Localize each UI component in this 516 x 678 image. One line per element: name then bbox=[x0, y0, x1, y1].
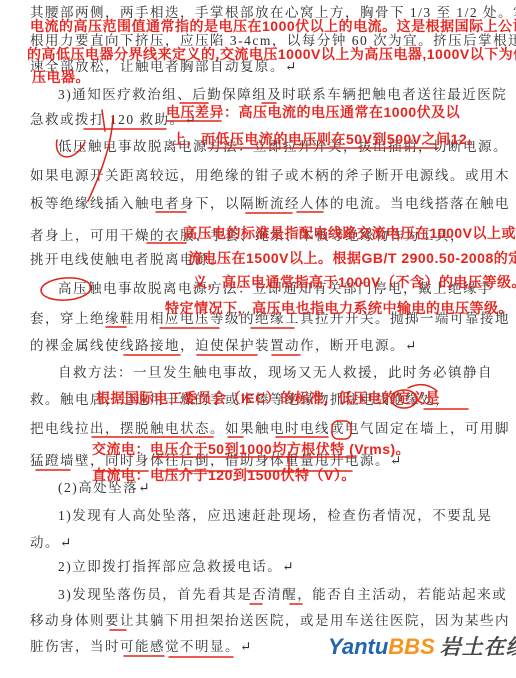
watermark-logo: YantuBBS岩土在线 bbox=[328, 631, 516, 661]
red-annotation-line: 交流电：电压介于50到1000均方根伏特 (Vrms)。 bbox=[92, 441, 410, 457]
document-page: 其腰部两侧，两手相迭，手掌根部放在心窝上方，胸骨下 1/3 至 1/2 处。掌 … bbox=[0, 0, 516, 678]
red-annotation-line: 的高低压电器分界线来定义的,交流电压1000V以上为高压电器,1000V以下为低 bbox=[27, 46, 516, 62]
red-annotation-line: 压电器。 bbox=[32, 69, 90, 85]
text-line: 如果电源开关距离较远，用绝缘的钳子或木柄的斧子断开电源线。或用木 bbox=[30, 168, 510, 184]
red-annotation-line: 电压差异：高压电流的电压通常在1000伏及以 bbox=[166, 104, 460, 120]
text-line: 1)发现有人高处坠落，应迅速赶赴现场，检查伤者情况，不要乱晃 bbox=[58, 508, 492, 524]
red-annotation-line: 电流的高压范围值通常指的是电压在1000伏以上的电流。这是根据国际上公认 bbox=[30, 18, 516, 34]
red-annotation-line: 特定情况下，高压电也指电力系统中输电的电压等级。 bbox=[165, 300, 513, 316]
watermark-chinese: 岩土在线 bbox=[440, 636, 516, 659]
text-line: 2)立即拨打指挥部应急救援电话。↵ bbox=[58, 559, 295, 575]
watermark-yantu: Yantu bbox=[328, 634, 388, 659]
text-line: 移动身体则要让其躺下用担架抬送医院，或是用车送往医院，因为某些内 bbox=[30, 613, 510, 629]
red-annotation-line: 直流电：电压介于120到1500伏特（V）。 bbox=[92, 467, 356, 483]
red-annotation-line: 根据国际电工委员会（IEC）的标准，低压电的定义是 bbox=[96, 390, 440, 406]
text-line: 3)发现坠落伤员，首先看其是否清醒，能否自主活动，若能站起来或 bbox=[58, 587, 507, 603]
watermark-bbs: BBS bbox=[388, 634, 434, 659]
red-annotation-line: 上，而低压电流的电压则在50V到500V之间12。 bbox=[172, 131, 482, 147]
text-line: 板等绝缘线插入触电者身下，以隔断流经人体的电流。当电线搭落在触电 bbox=[30, 196, 510, 212]
text-line: 自救方法：一旦发生触电事故，现场又无人救援，此时务必镇静自 bbox=[58, 365, 493, 381]
red-annotation-line: 高压电的标准是指配电线路交流电压在1000V以上或直 bbox=[183, 225, 516, 241]
red-annotation-line: 流电压在1500V以上。根据GB/T 2900.50-2008的定 bbox=[188, 250, 516, 266]
text-line: 把电线拉出，摆脱触电状态。如果触电时电线或电气固定在墙上，可用脚 bbox=[30, 421, 510, 437]
red-annotation-line: 义，高压电通常指高于1000V（不含）的电压等级。在 bbox=[193, 274, 516, 290]
red-vertical-stroke bbox=[88, 116, 113, 201]
text-line: 动。↵ bbox=[30, 535, 73, 551]
text-line: 脏伤害，当时可能感觉不明显。↵ bbox=[30, 639, 253, 655]
text-line: 的裸金属线使线路接地，迫使保护装置动作，断开电源。↵ bbox=[30, 338, 418, 354]
text-line: 3)通知医疗救治组、后勤保障组及时联系车辆把触电者送往最近医院 bbox=[58, 87, 507, 103]
